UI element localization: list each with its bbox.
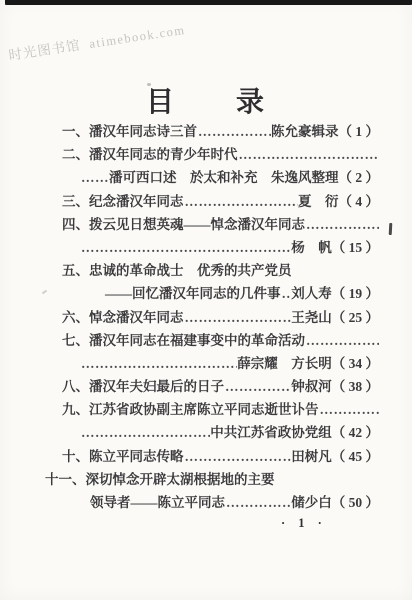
toc-row: 三、纪念潘汉年同志…………………………………………………………………………………… — [62, 190, 379, 213]
dot-leader: …………………………………………………………………………………………………………… — [80, 170, 109, 186]
toc-row: 十、陈立平同志传略…………………………………………………………………………………… — [62, 445, 379, 468]
toc-entry-page: （ 2 ） — [339, 166, 380, 186]
toc-entry-title: 三、纪念潘汉年同志 — [62, 190, 184, 210]
toc-row: 九、江苏省政协副主席陈立平同志逝世讣告………………………………………………………… — [62, 398, 379, 421]
toc-entry-author: 田树凡 — [291, 445, 332, 465]
toc-row-continuation: 领导者——陈立平同志………………………………………………………………………………… — [90, 491, 379, 514]
toc-entry-page: （ 1 ） — [339, 120, 380, 140]
toc-entry-subtitle: ——回忆潘汉年同志的几件事 — [105, 282, 281, 302]
toc-row-continuation: ——回忆潘汉年同志的几件事………………………………………………………………………… — [105, 282, 379, 305]
dot-leader: …………………………………………………………………………………………………………… — [184, 194, 299, 210]
toc-row: 一、潘汉年同志诗三首………………………………………………………………………………… — [62, 120, 379, 143]
toc-entry-author: 王尧山 — [291, 306, 332, 326]
toc-entry-author: 潘可西口述 於太和补充 朱逸风整理 — [109, 166, 339, 186]
dot-leader: …………………………………………………………………………………………………………… — [305, 333, 379, 349]
dot-leader: …………………………………………………………………………………………………………… — [281, 286, 292, 302]
dot-leader: …………………………………………………………………………………………………………… — [319, 402, 380, 418]
toc-row-continuation: …………………………………………………………………………………………………………… — [80, 166, 379, 189]
toc-entry-page: （ 42 ） — [332, 421, 379, 441]
toc-entry-page: （ 34 ） — [332, 352, 379, 372]
toc-entry-author: 中共江苏省政协党组 — [210, 421, 332, 441]
toc-row: 六、悼念潘汉年同志…………………………………………………………………………………… — [62, 306, 379, 329]
dot-leader: …………………………………………………………………………………………………………… — [80, 240, 291, 256]
watermark-library-name: 时光图书馆 — [8, 37, 82, 63]
toc-row-continuation: …………………………………………………………………………………………………………… — [80, 236, 379, 259]
toc-entry-page: （ 4 ） — [339, 190, 380, 210]
toc-entry-title: 二、潘汉年同志的青少年时代 — [62, 143, 238, 163]
dot-leader: …………………………………………………………………………………………………………… — [224, 379, 291, 395]
toc-row: 五、忠诚的革命战士 优秀的共产党员 — [62, 259, 379, 282]
toc-entry-author: 储少白 — [291, 491, 332, 511]
toc-entry-title: 六、悼念潘汉年同志 — [62, 306, 184, 326]
footer-page-number: · 1 · — [281, 516, 327, 531]
dot-leader: …………………………………………………………………………………………………………… — [80, 425, 210, 441]
toc-entry-title: 五、忠诚的革命战士 优秀的共产党员 — [62, 259, 292, 279]
toc-entry-author: 杨 帆 — [291, 236, 332, 256]
toc-entry-author: 刘人寿 — [291, 282, 332, 302]
watermark-site-url: atimebook.com — [88, 23, 186, 51]
dot-leader: …………………………………………………………………………………………………………… — [184, 310, 292, 326]
toc-entry-page: （ 15 ） — [332, 236, 379, 256]
dot-leader: …………………………………………………………………………………………………………… — [238, 147, 380, 163]
toc-entry-title: 四、拨云见日想英魂——悼念潘汉年同志 — [62, 213, 305, 233]
toc-entry-page: （ 25 ） — [332, 306, 379, 326]
toc-row-continuation: …………………………………………………………………………………………………………… — [80, 352, 379, 375]
scan-artifact — [389, 223, 393, 235]
toc-entry-author: 夏 衍 — [298, 190, 339, 210]
dot-leader: …………………………………………………………………………………………………………… — [184, 449, 292, 465]
toc-entry-title: 一、潘汉年同志诗三首 — [62, 120, 197, 140]
toc-entry-title: 十、陈立平同志传略 — [62, 445, 184, 465]
scan-edge-bar — [5, 0, 412, 5]
toc-entry-title: 八、潘汉年夫妇最后的日子 — [62, 375, 224, 395]
toc-entry-author: 陈允豪辑录 — [271, 120, 339, 140]
toc-row: 八、潘汉年夫妇最后的日子…………………………………………………………………………… — [62, 375, 379, 398]
watermark: 时光图书馆atimebook.com — [7, 18, 186, 64]
dot-leader: …………………………………………………………………………………………………………… — [305, 217, 379, 233]
toc-row-continuation: …………………………………………………………………………………………………………… — [80, 421, 379, 444]
toc-row: 十一、深切悼念开辟太湖根据地的主要 — [45, 468, 379, 491]
dot-leader: …………………………………………………………………………………………………………… — [197, 124, 271, 140]
toc-entry-subtitle: 领导者——陈立平同志 — [90, 491, 225, 511]
toc-entry-title: 十一、深切悼念开辟太湖根据地的主要 — [45, 468, 275, 488]
toc-row: 四、拨云见日想英魂——悼念潘汉年同志…………………………………………………………… — [62, 213, 379, 236]
toc-list: 一、潘汉年同志诗三首………………………………………………………………………………… — [45, 120, 379, 514]
toc-row: 七、潘汉年同志在福建事变中的革命活动…………………………………………………………… — [62, 329, 379, 352]
page-title: 目 录 — [0, 80, 412, 120]
toc-entry-page: （ 45 ） — [332, 445, 379, 465]
toc-entry-page: （ 38 ） — [332, 375, 379, 395]
dot-leader: …………………………………………………………………………………………………………… — [80, 356, 237, 372]
toc-entry-author: 钟叔河 — [291, 375, 332, 395]
scanned-book-page: 时光图书馆atimebook.com 目 录 一、潘汉年同志诗三首…………………… — [0, 0, 412, 600]
toc-entry-author: 薛宗耀 方长明 — [237, 352, 332, 372]
toc-entry-page: （ 19 ） — [332, 282, 379, 302]
scan-artifact — [147, 83, 151, 86]
toc-entry-title: 七、潘汉年同志在福建事变中的革命活动 — [62, 329, 305, 349]
toc-row: 二、潘汉年同志的青少年时代………………………………………………………………………… — [62, 143, 379, 166]
toc-entry-title: 九、江苏省政协副主席陈立平同志逝世讣告 — [62, 398, 319, 418]
toc-entry-page: （ 50 ） — [332, 491, 379, 511]
dot-leader: …………………………………………………………………………………………………………… — [225, 495, 291, 511]
